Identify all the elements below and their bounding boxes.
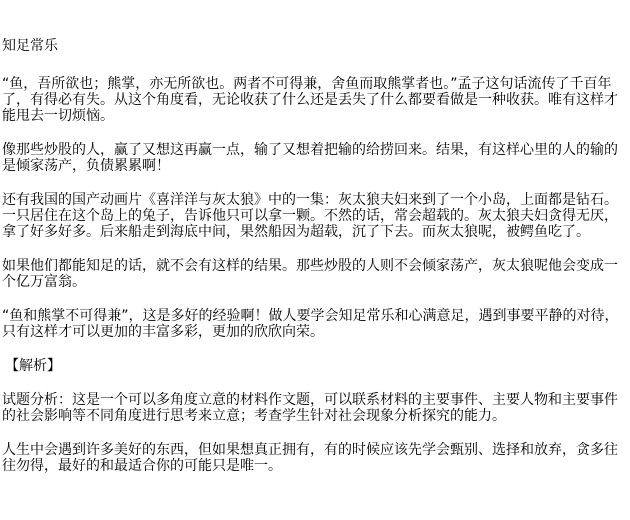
analysis-heading: 【解析】 (2, 358, 629, 374)
analysis-paragraph-2: 人生中会遇到许多美好的东西，但如果想真正拥有，有的时候应该先学会甄别、选择和放弃… (2, 442, 629, 474)
essay-paragraph-1: “鱼，吾所欲也；熊掌，亦无所欲也。两者不可得兼，舍鱼而取熊掌者也。”孟子这句话流… (2, 76, 629, 124)
essay-paragraph-3: 还有我国的国产动画片《喜洋洋与灰太狼》中的一集：灰太狼夫妇来到了一个小岛，上面都… (2, 192, 629, 240)
essay-paragraph-4: 如果他们都能知足的话，就不会有这样的结果。那些炒股的人则不会倾家荡产，灰太狼呢他… (2, 258, 629, 290)
essay-paragraph-2: 像那些炒股的人，赢了又想这再赢一点，输了又想着把输的给捞回来。结果，有这样心里的… (2, 142, 629, 174)
document-page: 知足常乐 “鱼，吾所欲也；熊掌，亦无所欲也。两者不可得兼，舍鱼而取熊掌者也。”孟… (0, 0, 630, 520)
analysis-paragraph-1: 试题分析：这是一个可以多角度立意的材料作文题，可以联系材料的主要事件、主要人物和… (2, 392, 629, 424)
essay-title: 知足常乐 (2, 38, 629, 54)
essay-paragraph-5: “鱼和熊掌不可得兼”，这是多好的经验啊！做人要学会知足常乐和心满意足，遇到事要平… (2, 308, 629, 340)
